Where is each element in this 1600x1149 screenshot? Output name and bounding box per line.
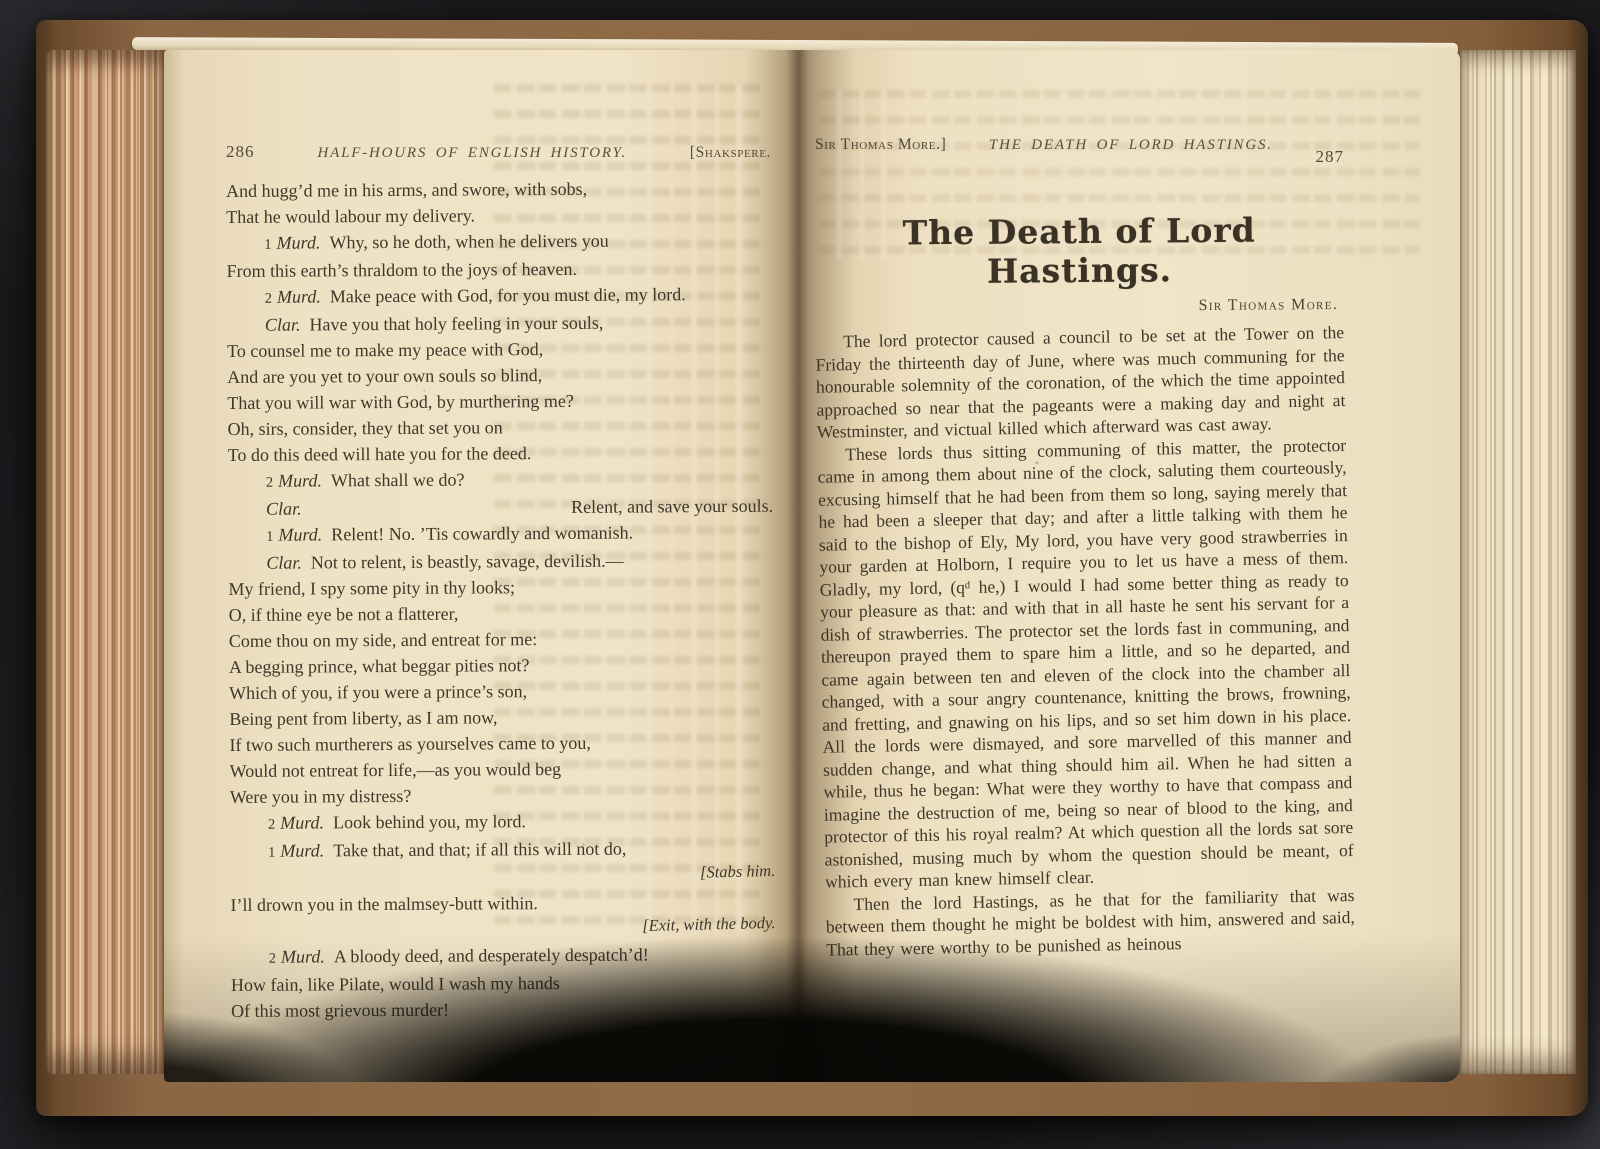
verse-line: Come thou on my side, and entreat for me… [229,625,774,654]
verse-line: 1Murd.Relent! No. ’Tis cowardly and woma… [228,519,773,550]
verse-text: Why, so he doth, when he delivers you [329,231,608,253]
article-paragraph: The lord protector caused a council to b… [815,321,1346,443]
verse-line: If two such murtherers as yourselves cam… [229,729,774,758]
verse-line: That you will war with God, by murtherin… [227,387,772,416]
verse-text: Look behind you, my lord. [333,811,526,832]
verse-text: Not to relent, is beastly, savage, devil… [311,551,624,573]
speaker-name: Murd. [278,524,322,544]
verse-text: A bloody deed, and desperately despatch’… [334,944,649,966]
speaker-name: Murd. [277,232,321,252]
verse-text: Take that, and that; if all this will no… [333,839,626,861]
verse-line: To counsel me to make my peace with God, [227,335,772,364]
speaker-name: Murd. [278,470,322,490]
verse-text: What shall we do? [331,470,465,491]
verse-line: And hugg’d me in his arms, and swore, wi… [226,175,771,204]
verse-line: Were you in my distress? [230,781,775,810]
verse-line: To do this deed will hate you for the de… [228,439,773,468]
verse-line: That he would labour my delivery. [226,201,771,230]
left-fore-edge-pages [46,50,166,1074]
verse-line: Would not entreat for life,—as you would… [230,755,775,784]
verse-line: Which of you, if you were a prince’s son… [229,677,774,706]
article-body: The lord protector caused a council to b… [815,321,1355,961]
verse-text: Have you that holy feeling in your souls… [309,313,603,335]
left-page-header: 286 HALF-HOURS OF ENGLISH HISTORY. [Shak… [226,142,771,162]
page-spread: 286 HALF-HOURS OF ENGLISH HISTORY. [Shak… [164,50,1460,1082]
right-page: Sir Thomas More.] THE DEATH OF LORD HAST… [799,50,1460,1082]
article-byline: Sir Thomas More. [815,296,1344,318]
article-head: The Death of Lord Hastings. Sir Thomas M… [815,210,1345,318]
speaker-number: 1 [266,529,273,545]
verse-text: Relent! No. ’Tis cowardly and womanish. [331,523,633,545]
verse-line: Oh, sirs, consider, they that set you on [227,413,772,442]
verse-line: My friend, I spy some pity in thy looks; [228,573,773,602]
speaker-name: Clar. [265,315,301,335]
right-fore-edge-pages [1460,50,1576,1074]
verse-line: Clar.Not to relent, is beastly, savage, … [228,547,773,576]
verse-line: Of this most grievous murder! [231,995,776,1024]
left-running-title: HALF-HOURS OF ENGLISH HISTORY. [255,145,690,162]
verse-line: A begging prince, what beggar pities not… [229,651,774,680]
speaker-number: 2 [268,817,275,833]
left-page: 286 HALF-HOURS OF ENGLISH HISTORY. [Shak… [164,50,799,1082]
open-book: 286 HALF-HOURS OF ENGLISH HISTORY. [Shak… [36,20,1588,1116]
right-running-title: THE DEATH OF LORD HASTINGS. [946,137,1315,154]
right-page-header: Sir Thomas More.] THE DEATH OF LORD HAST… [815,134,1344,154]
left-page-verse: And hugg’d me in his arms, and swore, wi… [226,175,776,1024]
speaker-name: Murd. [281,946,325,966]
article-paragraph: Then the lord Hastings, as he that for t… [825,883,1355,960]
left-page-number: 286 [226,142,255,162]
right-page-number: 287 [1315,147,1344,167]
speaker-name: Murd. [280,812,324,832]
speaker-number: 2 [265,291,272,307]
speaker-name: Murd. [280,840,324,860]
speaker-name: Clar. [266,553,302,573]
article-paragraph: These lords thus sitting communing of th… [817,434,1354,894]
verse-line: 1Murd.Why, so he doth, when he delivers … [226,227,771,258]
verse-text: Make peace with God, for you must die, m… [330,284,686,306]
verse-line: Clar.Relent, and save your souls. [228,493,773,522]
speaker-number: 1 [268,845,275,861]
verse-line: O, if thine eye be not a flatterer, [229,599,774,628]
article-title: The Death of Lord Hastings. [815,210,1345,292]
speaker-number: 2 [266,475,273,491]
verse-line: From this earth’s thraldom to the joys o… [226,255,771,284]
speaker-name: Murd. [277,286,321,306]
verse-line: How fain, like Pilate, would I wash my h… [231,969,776,998]
left-page-content: 286 HALF-HOURS OF ENGLISH HISTORY. [Shak… [226,142,771,1052]
speaker-number: 2 [269,951,276,967]
verse-line: Being pent from liberty, as I am now, [229,703,774,732]
verse-line: 2Murd.Make peace with God, for you must … [227,281,772,312]
verse-text: Relent, and save your souls. [571,493,773,520]
speaker-number: 1 [264,237,271,253]
left-header-attribution: [Shakspere. [690,144,771,162]
right-header-attribution: Sir Thomas More.] [815,136,946,154]
verse-line: 2Murd.What shall we do? [228,465,773,496]
verse-line: And are you yet to your own souls so bli… [227,361,772,390]
right-page-content: Sir Thomas More.] THE DEATH OF LORD HAST… [815,134,1344,1056]
speaker-name: Clar. [266,496,302,522]
verse-line: 2Murd.Look behind you, my lord. [230,807,775,838]
photograph-background: 286 HALF-HOURS OF ENGLISH HISTORY. [Shak… [0,0,1600,1149]
verse-line: Clar.Have you that holy feeling in your … [227,309,772,338]
